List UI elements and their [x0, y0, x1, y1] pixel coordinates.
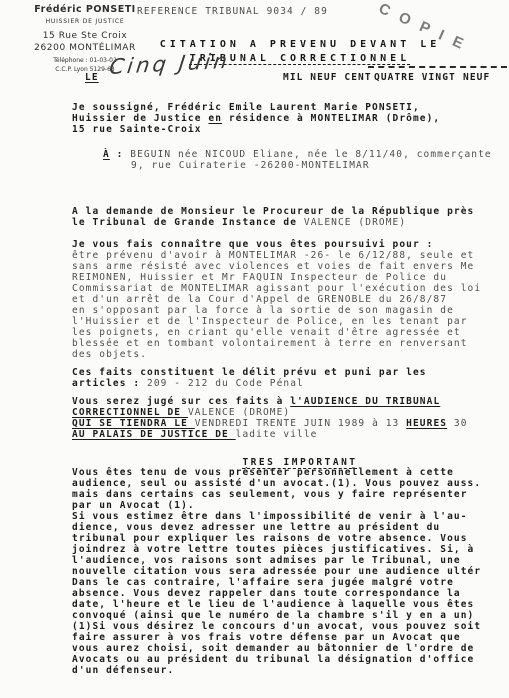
letterhead-role: HUISSIER DE JUSTICE	[14, 18, 156, 25]
bailiff-intro: Je soussigné, Frédéric Emile Laurent Mar…	[72, 102, 440, 135]
judgment-line-4: AU PALAIS DE JUSTICE DE ladite ville	[72, 429, 468, 440]
handwritten-date: Cinq Juin	[108, 49, 231, 79]
judgment-court-city: VALENCE (DROME)	[188, 407, 290, 418]
charges-heading: Je vous fais connaître que vous êtes pou…	[72, 239, 433, 250]
recipient-line-1: À : BEGUIN née NICOUD Eliane, née le 8/1…	[103, 149, 492, 160]
document-title-line-1: CITATION A PREVENU DEVANT LE	[90, 38, 509, 52]
reference-number: REFERENCE TRIBUNAL 9034 / 89	[137, 6, 328, 17]
judgment-line-1a: Vous serez jugé sur ces faits à	[72, 396, 290, 407]
intro-en-underlined: en	[208, 113, 222, 124]
judgment-place-label: AU PALAIS DE JUSTICE DE	[72, 429, 236, 440]
request-court-city: VALENCE (DROME)	[304, 217, 406, 228]
recipient-colon: :	[110, 149, 130, 160]
recipient-name: BEGUIN née NICOUD Eliane, née le 8/11/40…	[130, 149, 491, 160]
judgment-audience-label: l'AUDIENCE DU TRIBUNAL	[290, 396, 440, 407]
offense-articles-value: 209 - 212 du Code Pénal	[147, 378, 304, 389]
intro-line-2c: résidence à MONTELIMAR (Drôme),	[222, 113, 440, 124]
request-block: A la demande de Monsieur le Procureur de…	[72, 206, 474, 228]
intro-line-3: 15 rue Sainte-Croix	[72, 124, 440, 135]
judgment-line-1: Vous serez jugé sur ces faits à l'AUDIEN…	[72, 396, 468, 407]
date-year-part-3: NEUF	[463, 72, 490, 83]
request-line-2: le Tribunal de Grande Instance de VALENC…	[72, 217, 474, 228]
offense-block: Ces faits constituent le délit prévu et …	[72, 367, 427, 389]
dashed-overline	[368, 66, 507, 68]
recipient-to-label: À	[103, 149, 110, 160]
judgment-date-label: QUI SE TIENDRA LE	[72, 418, 195, 429]
offense-articles-label: articles :	[72, 378, 147, 389]
date-year-part-1: MIL NEUF CENT	[283, 72, 372, 83]
judgment-line-3: QUI SE TIENDRA LE VENDREDI TRENTE JUIN 1…	[72, 418, 468, 429]
request-line-2a: le Tribunal de Grande Instance de	[72, 217, 304, 228]
judgment-hours-label: HEURES	[406, 418, 447, 429]
date-year-part-2: QUATRE VINGT	[374, 72, 456, 83]
intro-line-2: Huissier de Justice en résidence à MONTE…	[72, 113, 440, 124]
judgment-court-label: CORRECTIONNEL DE	[72, 407, 188, 418]
judgment-minutes-value: 30	[447, 418, 467, 429]
intro-line-1: Je soussigné, Frédéric Emile Laurent Mar…	[72, 102, 440, 113]
charges-body: être prévenu d'avoir à MONTELIMAR -26- l…	[72, 250, 502, 360]
important-body: Vous êtes tenu de vous présenter personn…	[72, 467, 504, 676]
judgment-block: Vous serez jugé sur ces faits à l'AUDIEN…	[72, 396, 468, 440]
date-le-label: LE	[85, 72, 99, 83]
letterhead-name: Frédéric PONSETI	[14, 4, 156, 15]
judgment-place-value: ladite ville	[236, 429, 318, 440]
offense-line-1: Ces faits constituent le délit prévu et …	[72, 367, 427, 378]
offense-line-2: articles : 209 - 212 du Code Pénal	[72, 378, 427, 389]
judgment-date-value: VENDREDI TRENTE JUIN 1989 à 13	[195, 418, 406, 429]
request-line-1: A la demande de Monsieur le Procureur de…	[72, 206, 474, 217]
judgment-line-2: CORRECTIONNEL DE VALENCE (DROME)	[72, 407, 468, 418]
scanned-citation-document: COPIE Frédéric PONSETI HUISSIER DE JUSTI…	[0, 0, 509, 698]
intro-line-2a: Huissier de Justice	[72, 113, 208, 124]
recipient-line-2: 9, rue Cuiraterie -26200-MONTELIMAR	[131, 160, 370, 171]
